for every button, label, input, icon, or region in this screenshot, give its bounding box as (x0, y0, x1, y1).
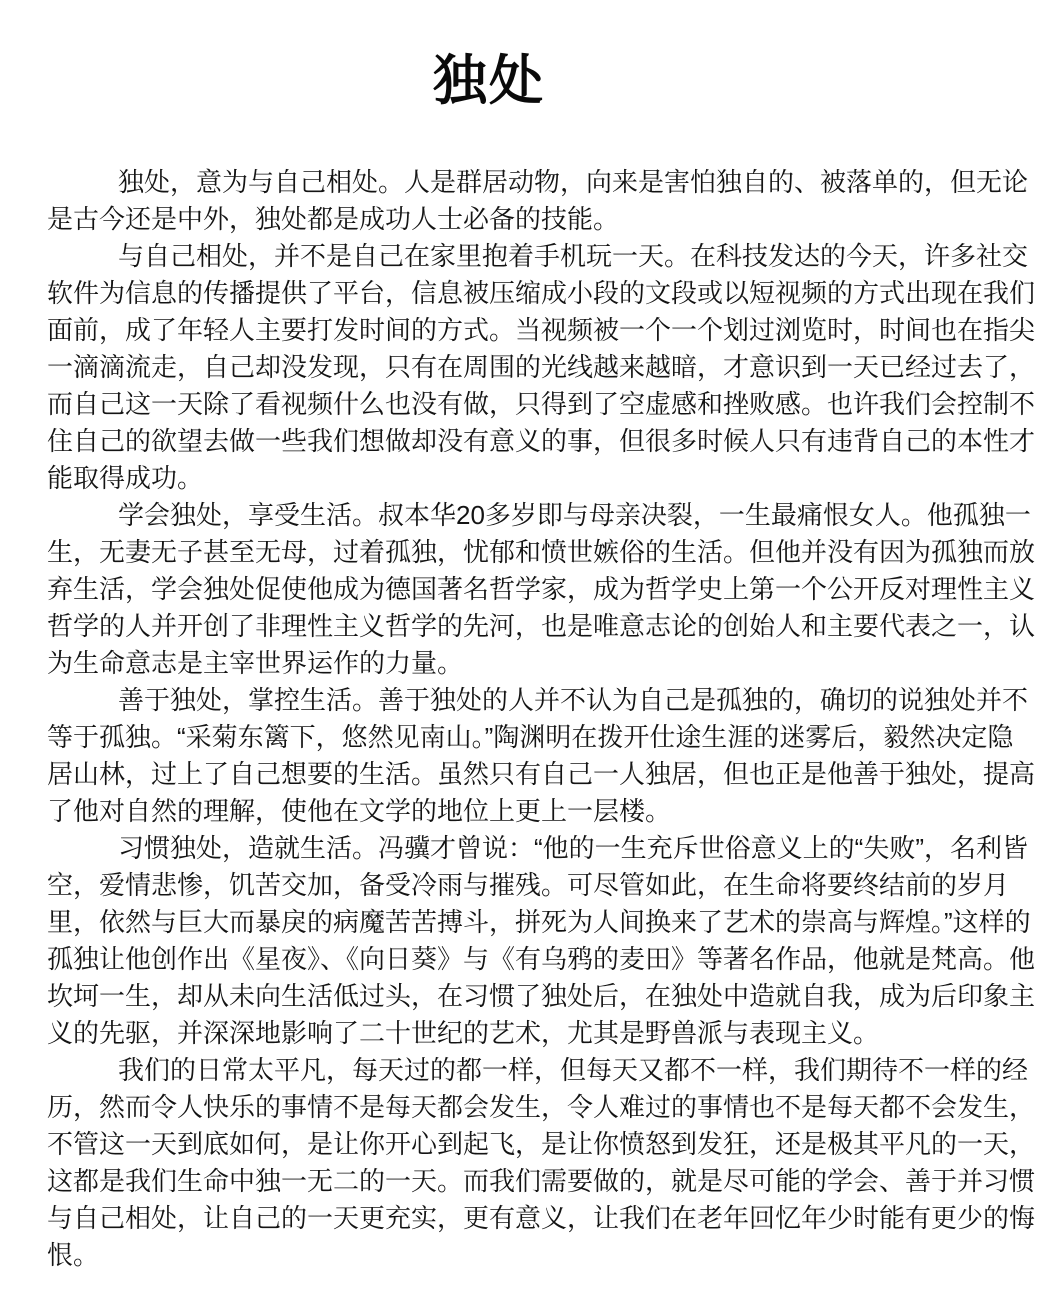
paragraph-taoyuanming: 善于独处，掌控生活。善于独处的人并不认为自己是孤独的，确切的说独处并不等于孤独。… (47, 682, 1035, 830)
paragraph-phone-scrolling: 与自己相处，并不是自己在家里抱着手机玩一天。在科技发达的今天，许多社交软件为信息… (47, 238, 1035, 497)
paragraph-vangogh: 习惯独处，造就生活。冯骥才曾说：“他的一生充斥世俗意义上的“失败”，名利皆空，爱… (47, 830, 1035, 1052)
paragraph-intro: 独处，意为与自己相处。人是群居动物，向来是害怕独自的、被落单的，但无论是古今还是… (47, 164, 1035, 238)
essay-title: 独处 (433, 46, 545, 116)
paragraph-schopenhauer: 学会独处，享受生活。叔本华20多岁即与母亲决裂，一生最痛恨女人。他孤独一生，无妻… (47, 497, 1035, 682)
title-row: 独处 (0, 46, 983, 116)
document-page: 独处 独处，意为与自己相处。人是群居动物，向来是害怕独自的、被落单的，但无论是古… (0, 0, 1049, 1299)
essay-body: 独处，意为与自己相处。人是群居动物，向来是害怕独自的、被落单的，但无论是古今还是… (47, 164, 1035, 1274)
paragraph-conclusion: 我们的日常太平凡，每天过的都一样，但每天又都不一样，我们期待不一样的经历，然而令… (47, 1052, 1035, 1274)
